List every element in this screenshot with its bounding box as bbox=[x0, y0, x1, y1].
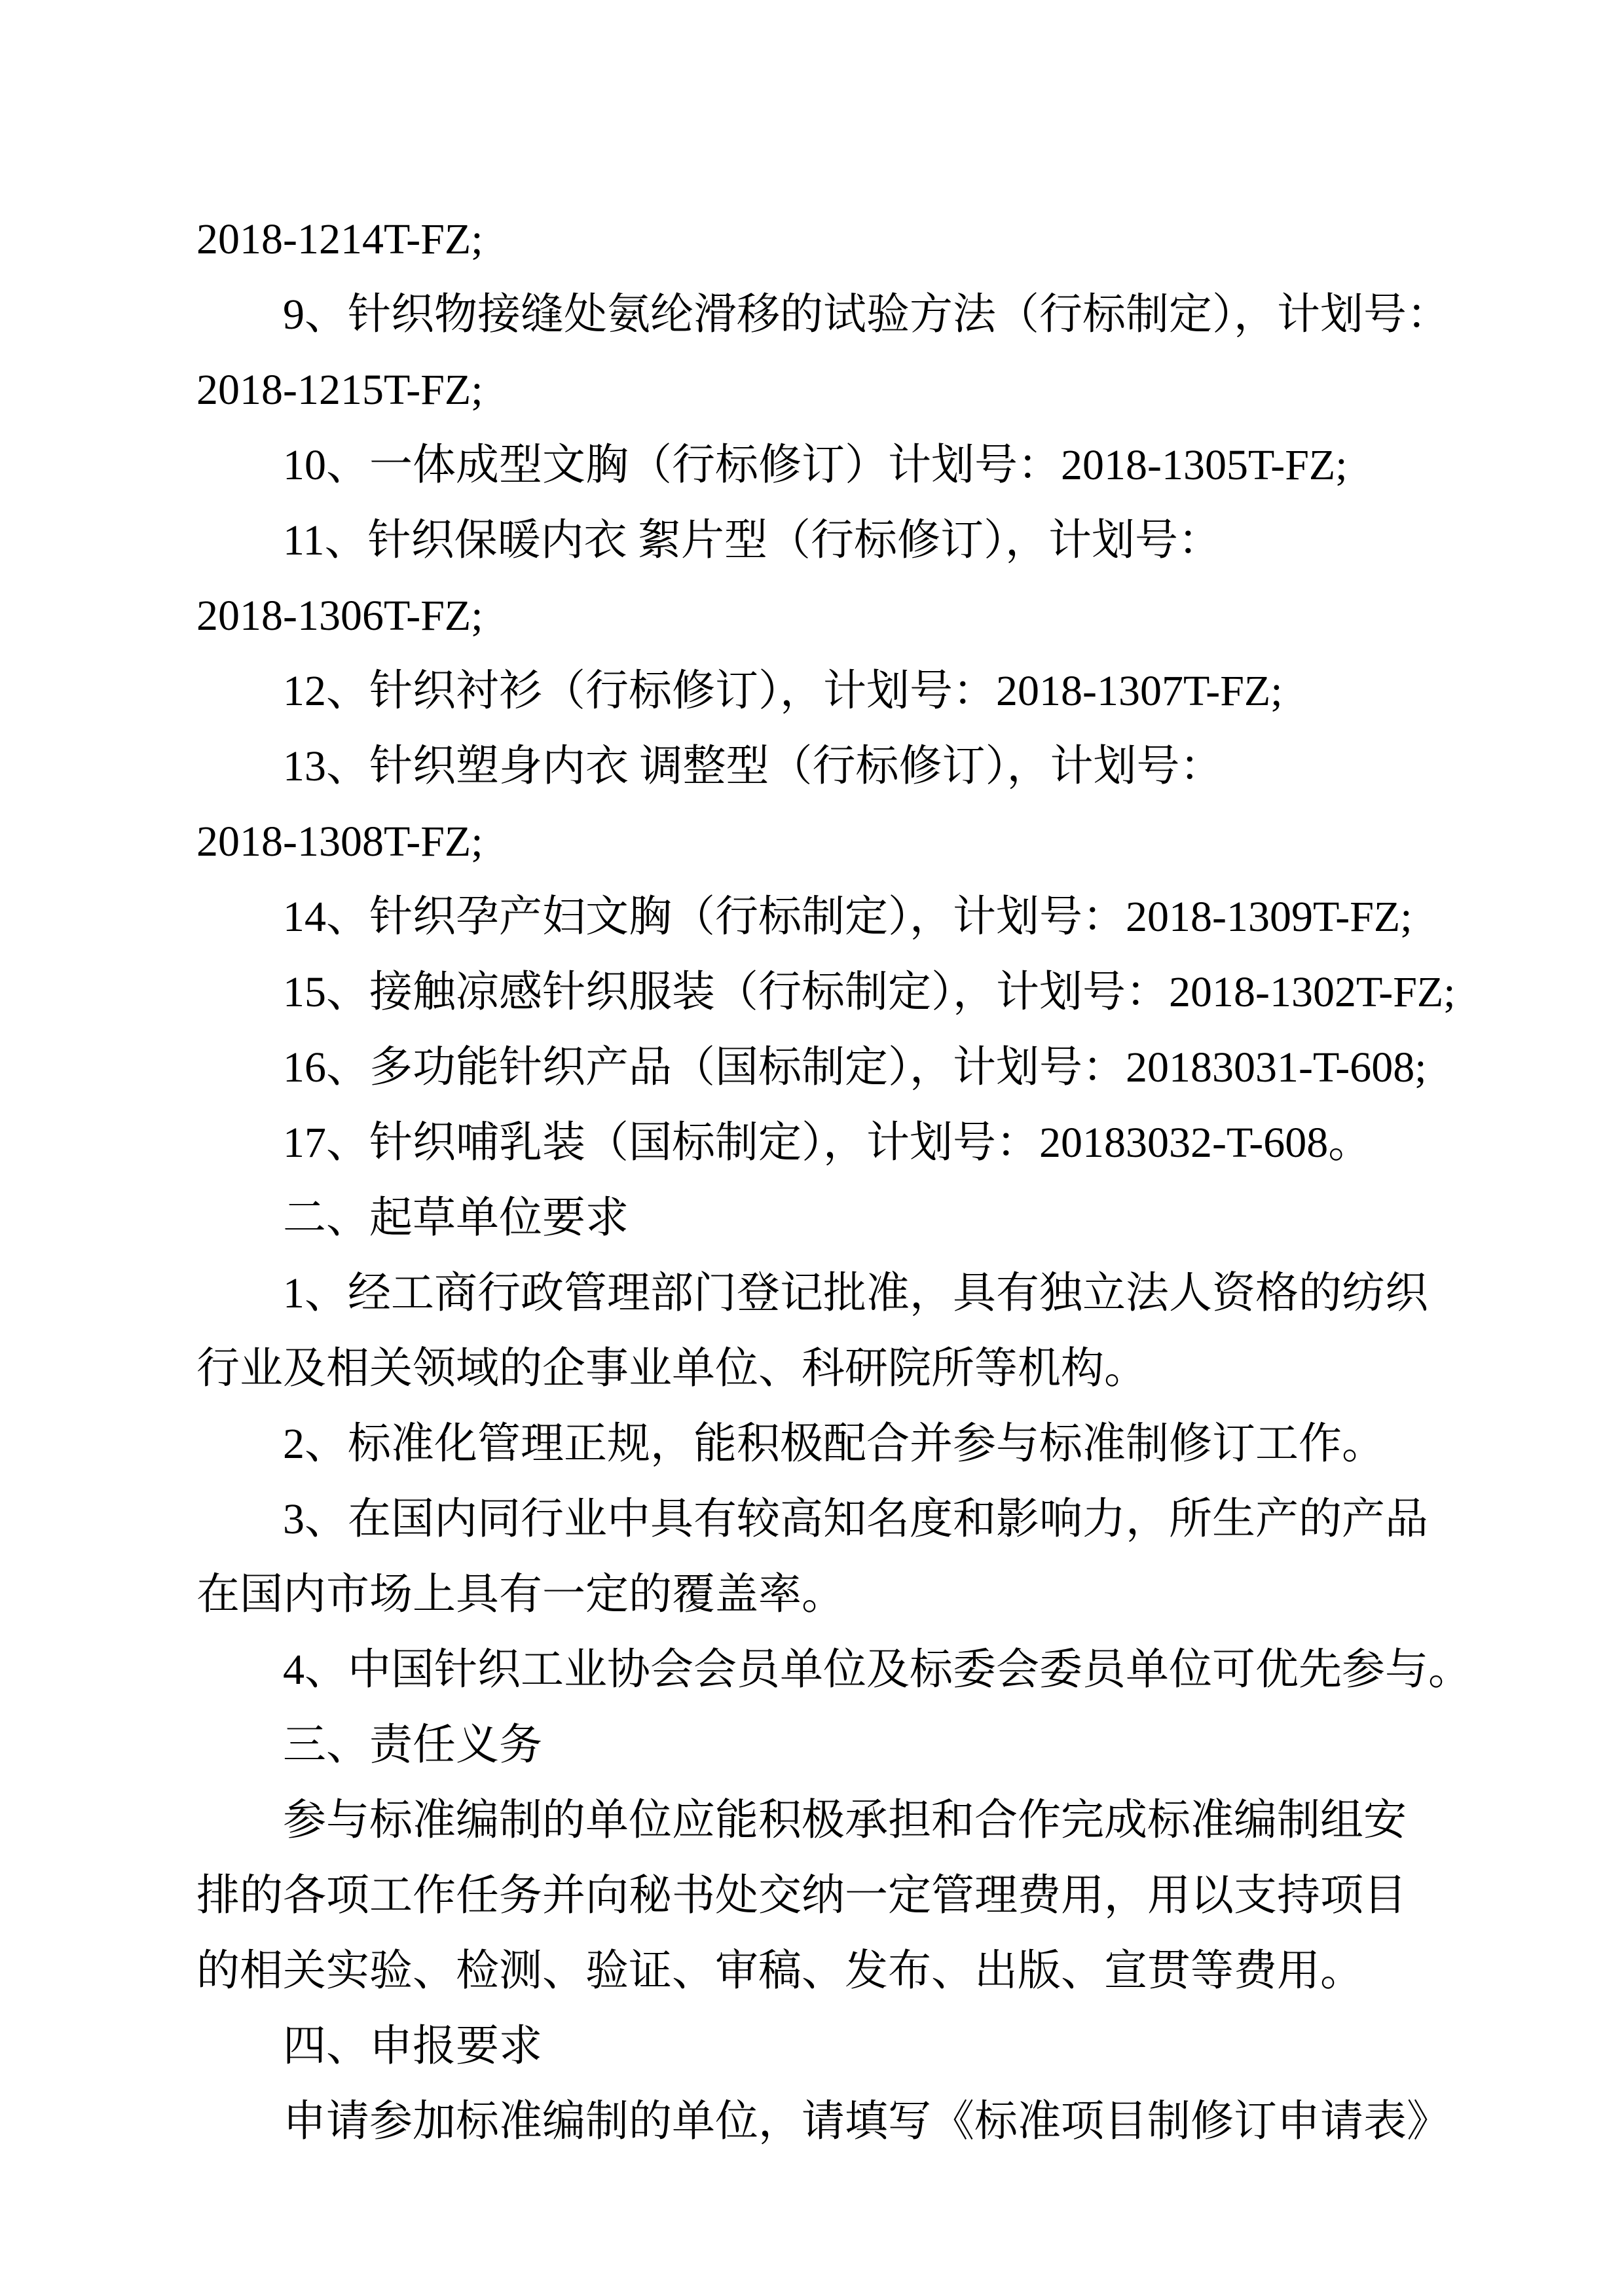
document-line: 14、针织孕产妇文胸（行标制定），计划号：2018-1309T-FZ; bbox=[196, 879, 1428, 955]
document-line: 9、针织物接缝处氨纶滑移的试验方法（行标制定），计划号： bbox=[196, 277, 1428, 352]
document-line: 2018-1214T-FZ; bbox=[196, 202, 1428, 277]
document-line: 2018-1308T-FZ; bbox=[196, 804, 1428, 879]
document-line: 的相关实验、检测、验证、审稿、发布、出版、宣贯等费用。 bbox=[196, 1933, 1428, 2009]
document-line: 3、在国内同行业中具有较高知名度和影响力，所生产的产品 bbox=[196, 1482, 1428, 1557]
document-line: 在国内市场上具有一定的覆盖率。 bbox=[196, 1557, 1428, 1632]
document-line: 13、针织塑身内衣 调整型（行标修订），计划号： bbox=[196, 729, 1428, 804]
document-page: 2018-1214T-FZ;9、针织物接缝处氨纶滑移的试验方法（行标制定），计划… bbox=[0, 0, 1624, 2296]
document-line: 4、中国针织工业协会会员单位及标委会委员单位可优先参与。 bbox=[196, 1632, 1428, 1707]
document-body: 2018-1214T-FZ;9、针织物接缝处氨纶滑移的试验方法（行标制定），计划… bbox=[196, 202, 1428, 2159]
document-line: 二、起草单位要求 bbox=[196, 1180, 1428, 1256]
document-line: 2018-1215T-FZ; bbox=[196, 352, 1428, 428]
document-line: 2018-1306T-FZ; bbox=[196, 578, 1428, 653]
document-line: 12、针织衬衫（行标修订），计划号：2018-1307T-FZ; bbox=[196, 653, 1428, 729]
document-line: 10、一体成型文胸（行标修订）计划号：2018-1305T-FZ; bbox=[196, 428, 1428, 503]
document-line: 申请参加标准编制的单位，请填写《标准项目制修订申请表》 bbox=[196, 2084, 1428, 2159]
document-line: 排的各项工作任务并向秘书处交纳一定管理费用，用以支持项目 bbox=[196, 1858, 1428, 1933]
document-line: 行业及相关领域的企事业单位、科研院所等机构。 bbox=[196, 1331, 1428, 1406]
document-line: 三、责任义务 bbox=[196, 1707, 1428, 1783]
document-line: 17、针织哺乳装（国标制定），计划号：20183032-T-608。 bbox=[196, 1105, 1428, 1180]
document-line: 11、针织保暖内衣 絮片型（行标修订），计划号： bbox=[196, 503, 1428, 578]
document-line: 2、标准化管理正规，能积极配合并参与标准制修订工作。 bbox=[196, 1406, 1428, 1482]
document-line: 参与标准编制的单位应能积极承担和合作完成标准编制组安 bbox=[196, 1783, 1428, 1858]
document-line: 1、经工商行政管理部门登记批准，具有独立法人资格的纺织 bbox=[196, 1256, 1428, 1331]
document-line: 16、多功能针织产品（国标制定），计划号：20183031-T-608; bbox=[196, 1030, 1428, 1105]
document-line: 四、申报要求 bbox=[196, 2009, 1428, 2084]
document-line: 15、接触凉感针织服装（行标制定），计划号：2018-1302T-FZ; bbox=[196, 955, 1428, 1030]
